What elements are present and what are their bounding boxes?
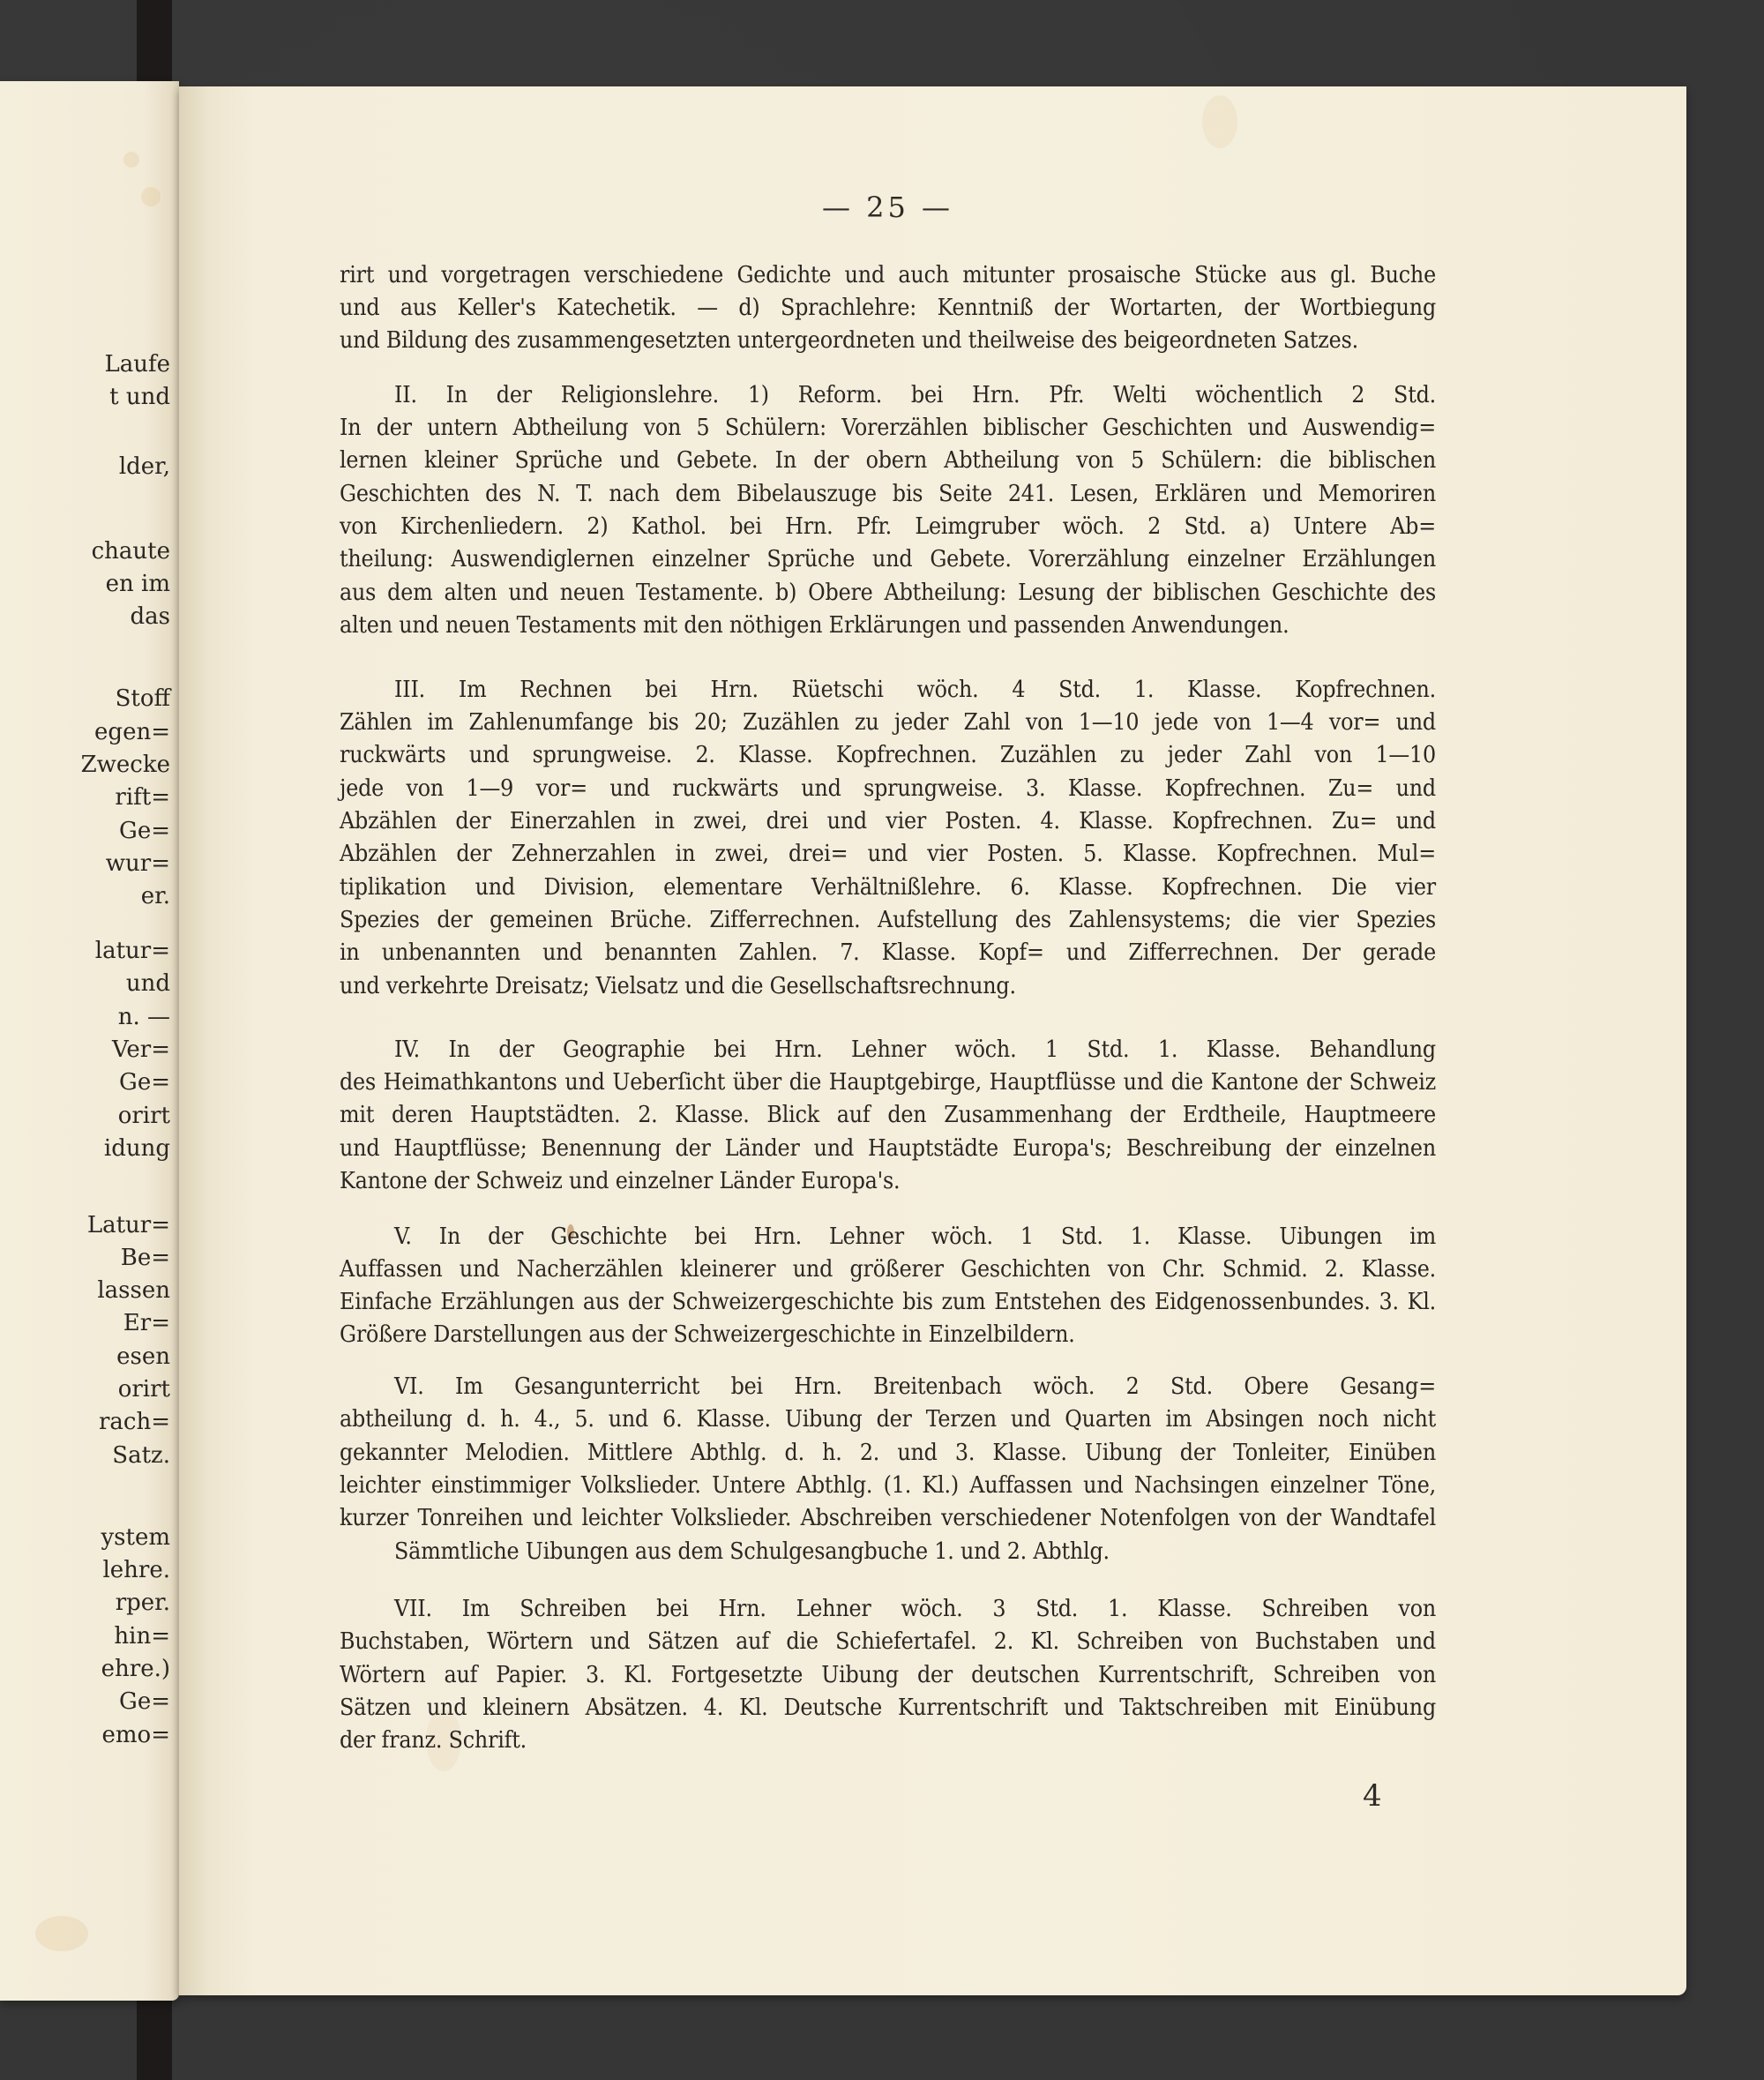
foxing-stain (123, 152, 139, 168)
left-page-text-fragment: rach= (99, 1406, 170, 1439)
foxing-stain (1202, 95, 1237, 148)
text-line: Abzählen der Einerzahlen in zwei, drei u… (340, 804, 1436, 837)
text-line: tiplikation und Division, elementare Ver… (340, 871, 1436, 903)
left-page-text-fragment: Ge= (119, 1066, 170, 1099)
right-page: — 25 — rirt und vorgetragen verschiedene… (179, 86, 1686, 1995)
left-page-text-fragment: chaute (92, 535, 170, 568)
left-page-text-fragment: Laufe (104, 348, 170, 381)
left-page-text-fragment: en im (106, 568, 170, 601)
left-page-text-fragment: Zwecke (81, 749, 170, 782)
left-page-text-fragment: latur= (95, 935, 170, 968)
text-line: von Kirchenliedern. 2) Kathol. bei Hrn. … (340, 510, 1436, 542)
left-page-text-fragment: ehre.) (101, 1653, 170, 1686)
section-heading-line: IV. In der Geographie bei Hrn. Lehner wö… (340, 1033, 1436, 1066)
left-page-text-fragment: Satz. (112, 1440, 170, 1472)
section-heading-line: II. In der Religionslehre. 1) Reform. be… (340, 378, 1436, 411)
left-page-text-fragment: t und (109, 381, 170, 414)
text-line: Abzählen der Zehnerzahlen in zwei, drei=… (340, 837, 1436, 870)
left-page-text-fragment: Latur= (87, 1209, 170, 1242)
text-line: der franz. Schrift. (340, 1724, 1436, 1756)
left-page-text-fragment: Be= (121, 1242, 170, 1275)
text-line: Größere Darstellungen aus der Schweizerg… (340, 1318, 1436, 1351)
signature-mark: 4 (1363, 1778, 1382, 1814)
left-page-text-fragment: orirt (118, 1100, 170, 1133)
text-line: Zählen im Zahlenumfange bis 20; Zuzählen… (340, 706, 1436, 738)
left-page-text-fragment: und (126, 968, 170, 1000)
text-line: lernen kleiner Sprüche und Gebete. In de… (340, 444, 1436, 476)
text-line: aus dem alten und neuen Testamente. b) O… (340, 576, 1436, 609)
text-line: Kantone der Schweiz und einzelner Länder… (340, 1164, 1436, 1197)
left-page-text-fragment: esen (116, 1341, 170, 1373)
text-line: Auffassen und Nacherzählen kleinerer und… (340, 1253, 1436, 1285)
left-page-text-fragment: Er= (123, 1307, 170, 1340)
left-page-text-fragment: Ge= (119, 815, 170, 848)
text-line: rirt und vorgetragen verschiedene Gedich… (340, 258, 1436, 291)
left-page-text-fragment: hin= (114, 1620, 170, 1653)
text-line: und Hauptflüsse; Benennung der Länder un… (340, 1132, 1436, 1164)
left-page-text-fragment: rift= (115, 782, 170, 814)
page-number-header: — 25 — (340, 191, 1436, 224)
left-page: Laufet undlder,chauteen imdasStoffegen=Z… (0, 81, 179, 2001)
text-line: Spezies der gemeinen Brüche. Zifferrechn… (340, 903, 1436, 936)
text-line: kurzer Tonreihen und leichter Volksliede… (340, 1501, 1436, 1534)
text-line: alten und neuen Testaments mit den nöthi… (340, 609, 1436, 641)
text-line: Sämmtliche Uibungen aus dem Schulgesangb… (340, 1535, 1436, 1567)
left-page-text-fragment: emo= (102, 1719, 170, 1752)
text-line: und verkehrte Dreisatz; Vielsatz und die… (340, 969, 1436, 1002)
text-line: jede von 1—9 vor= und ruckwärts und spru… (340, 772, 1436, 804)
left-page-text-fragment: wur= (106, 848, 170, 880)
left-page-text-fragment: lassen (97, 1275, 170, 1307)
text-line: des Heimathkantons und Ueberſicht über d… (340, 1066, 1436, 1098)
section-heading-line: V. In der Geschichte bei Hrn. Lehner wöc… (340, 1220, 1436, 1253)
text-line: ruckwärts und sprungweise. 2. Klasse. Ko… (340, 738, 1436, 771)
text-line: Buchstaben, Wörtern und Sätzen auf die S… (340, 1625, 1436, 1657)
left-page-text-fragment: orirt (118, 1373, 170, 1406)
left-page-text-fragment: Stoff (116, 683, 170, 715)
text-line: gekannter Melodien. Mittlere Abthlg. d. … (340, 1436, 1436, 1469)
left-page-text-fragment: er. (141, 880, 170, 913)
foxing-stain (35, 1916, 88, 1951)
text-line: Sätzen und kleinern Absätzen. 4. Kl. Deu… (340, 1691, 1436, 1724)
left-page-text-fragment: lehre. (102, 1554, 170, 1587)
text-line: leichter einstimmiger Volkslieder. Unter… (340, 1469, 1436, 1501)
section-heading-line: III. Im Rechnen bei Hrn. Rüetschi wöch. … (340, 673, 1436, 706)
left-page-text-fragment: Ge= (119, 1686, 170, 1718)
left-page-text-fragment: das (131, 601, 171, 633)
text-line: in unbenannten und benannten Zahlen. 7. … (340, 936, 1436, 969)
text-line: Wörtern auf Papier. 3. Kl. Fortgesetzte … (340, 1658, 1436, 1691)
text-line: theilung: Auswendiglernen einzelner Sprü… (340, 542, 1436, 575)
text-line: und Bildung des zusammengesetzten unterg… (340, 324, 1436, 356)
left-page-text-fragment: egen= (94, 716, 170, 749)
left-page-text-fragment: rper. (116, 1587, 170, 1620)
section-heading-line: VII. Im Schreiben bei Hrn. Lehner wöch. … (340, 1592, 1436, 1625)
left-page-text-fragment: ystem (101, 1522, 170, 1554)
foxing-stain (141, 187, 161, 206)
left-page-text-fragment: n. — (118, 1001, 170, 1034)
text-line: Einfache Erzählungen aus der Schweizerge… (340, 1285, 1436, 1318)
left-page-text-fragment: lder, (119, 451, 170, 483)
text-line: mit deren Hauptstädten. 2. Klasse. Blick… (340, 1098, 1436, 1131)
text-line: und aus Keller's Katechetik. — d) Sprach… (340, 291, 1436, 324)
text-line: Geschichten des N. T. nach dem Bibelausz… (340, 477, 1436, 510)
text-line: abtheilung d. h. 4., 5. und 6. Klasse. U… (340, 1403, 1436, 1435)
text-line: In der untern Abtheilung von 5 Schülern:… (340, 411, 1436, 444)
left-page-text-fragment: idung (104, 1133, 170, 1165)
section-heading-line: VI. Im Gesangunterricht bei Hrn. Breiten… (340, 1370, 1436, 1403)
left-page-text-fragment: Ver= (112, 1034, 170, 1066)
